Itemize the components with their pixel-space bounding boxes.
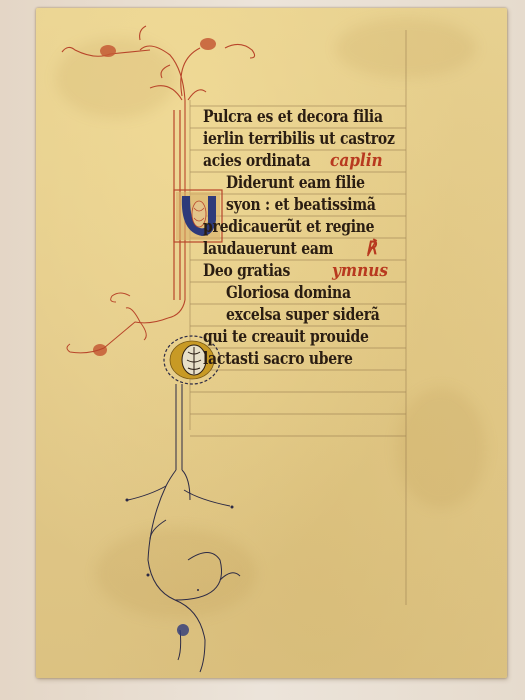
text-line-3: acies ordinata (203, 150, 310, 172)
rubric-caplin: caplin (330, 150, 383, 172)
text-line-12: lactasti sacro ubere (203, 348, 353, 370)
stain (56, 38, 176, 118)
text-line-1: Pulcra es et decora filia (203, 106, 383, 128)
text-line-11: qui te creauit prouide (203, 326, 369, 348)
text-line-6: predicauerũt et regine (203, 216, 374, 238)
text-line-5: syon : et beatissimã (226, 194, 376, 216)
text-line-2: ierlin terribilis ut castroz (203, 128, 395, 150)
rubric-ymnus: ymnus (332, 260, 388, 282)
text-line-4: Diderunt eam filie (226, 172, 365, 194)
text-line-7: laudauerunt eam (203, 238, 333, 260)
text-line-10: excelsa super siderã (226, 304, 380, 326)
stain (96, 528, 256, 618)
text-line-9: Gloriosa domina (226, 282, 351, 304)
stain (336, 18, 476, 78)
stain (396, 388, 486, 508)
text-line-8: Deo gratias (203, 260, 290, 282)
rubric-response: ℟ (366, 238, 376, 260)
